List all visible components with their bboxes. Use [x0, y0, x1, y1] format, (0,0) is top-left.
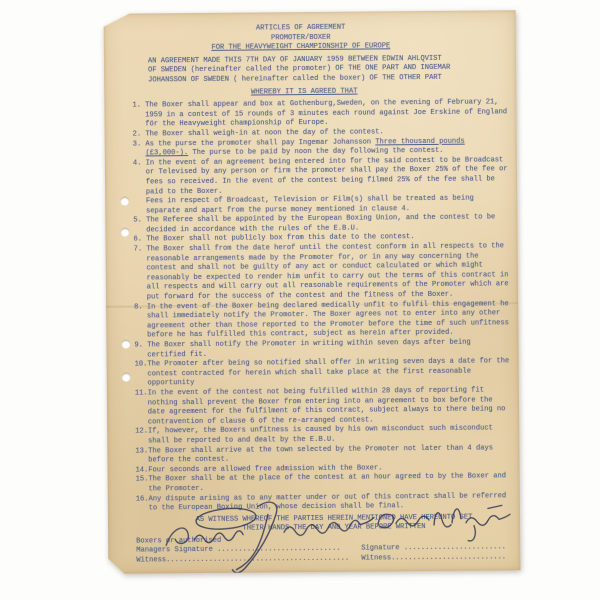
clause-text: Fees in respect of Broadcast, Television… [146, 195, 474, 215]
clause-text: The Boxer shall weigh-in at noon the day… [145, 128, 383, 138]
clause-text: The Boxer shall be at the place of the c… [148, 473, 506, 494]
preamble-line: JOHANSSON OF SWEDEN ( hereinafter called… [148, 73, 516, 86]
clause-number: 3. [133, 140, 146, 148]
clause-number: 8. [134, 303, 147, 311]
clause-number: 11. [135, 389, 148, 397]
document-photo: ARTICLES OF AGREEMENT PROMOTER/BOXER FOR… [0, 0, 600, 600]
clause-number: 6. [134, 236, 147, 244]
clause-text: In the event of an agreement being enter… [146, 156, 508, 196]
clause-text: The Boxer shall arrive at the town selec… [148, 444, 493, 465]
clause-text: Four seconds are allowed free admission … [148, 464, 382, 474]
clause-number: 9. [134, 341, 147, 349]
witness-clause: AS WITNESS WHEREOF THE PARTIES HEREIN ME… [164, 513, 504, 535]
championship-line: FOR THE HEAVYWEIGHT CHAMPIONSHIP OF EURO… [211, 42, 390, 52]
clause-11: 11.In the event of the contest not being… [135, 386, 513, 428]
clause-number: 2. [133, 130, 146, 138]
signature-row: Witness.................................… [136, 553, 514, 566]
clause-number: 5. [133, 217, 146, 225]
signature-block: Boxers or authorised Managers Signature … [136, 534, 514, 566]
clause-text: The Promoter after being so notified sha… [147, 357, 509, 387]
clause-text: The Boxer shall notify the Promoter in w… [147, 339, 471, 359]
clause-8: 8. In the event of the Boxer being decla… [134, 300, 512, 342]
clause-number: 7. [134, 246, 147, 254]
clause-text: In the event of the Boxer being declared… [147, 300, 509, 340]
clause-7: 7. The Boxer shall from the date herof u… [134, 242, 512, 303]
witness-line-right: Witness........................... [361, 553, 506, 564]
clause-text: Any dispute arising as to any matter und… [149, 492, 507, 513]
clause-16: 16.Any dispute arising as to any matter … [136, 492, 514, 514]
aged-paper: ARTICLES OF AGREEMENT PROMOTER/BOXER FOR… [104, 10, 521, 574]
clause-text: The purse to be paid by noon the day fol… [188, 147, 443, 157]
clause-list: 1. The Boxer shall appear and box at Got… [132, 98, 514, 514]
preamble: AN AGREEMENT MADE THIS 7TH DAY OF JANUAR… [148, 54, 516, 86]
clause-text: The Boxer shall not publicly box from th… [146, 234, 414, 244]
typewritten-content: ARTICLES OF AGREEMENT PROMOTER/BOXER FOR… [104, 10, 521, 574]
clause-text: In the event of the contest not being fu… [148, 386, 506, 426]
clause-number: 4. [133, 159, 146, 167]
clause-text: If, however, the Boxers unfitness is cau… [148, 425, 493, 446]
clause-text: As the purse the promoter shall pay Inge… [145, 138, 375, 148]
paper-sheet: ARTICLES OF AGREEMENT PROMOTER/BOXER FOR… [104, 10, 521, 574]
clause-number: 1. [132, 102, 145, 110]
clause-number: 16. [136, 495, 149, 503]
clause-number: 15. [136, 476, 149, 484]
clause-1: 1. The Boxer shall appear and box at Got… [132, 98, 510, 130]
clause-10: 10.The Promoter after being so notified … [135, 357, 513, 389]
clause-text: The Boxer shall appear and box at Gothen… [145, 99, 507, 129]
clause-number: 12. [135, 428, 148, 436]
doc-subtitle-2: FOR THE HEAVYWEIGHT CHAMPIONSHIP OF EURO… [104, 42, 498, 55]
clause-number: 14. [136, 466, 149, 474]
clause-4: 4. In the event of an agreement being en… [133, 156, 511, 198]
clause-number: 13. [135, 447, 148, 455]
clause-number: 10. [135, 361, 148, 369]
clause-text: The Boxer shall from the date herof unti… [146, 242, 508, 301]
clause-text: The Referee shall be appointed by the Eu… [146, 214, 495, 235]
witness-line-left: Witness.................................… [136, 555, 361, 567]
whereby-heading: WHEREBY IT IS AGREED THAT [104, 86, 504, 99]
